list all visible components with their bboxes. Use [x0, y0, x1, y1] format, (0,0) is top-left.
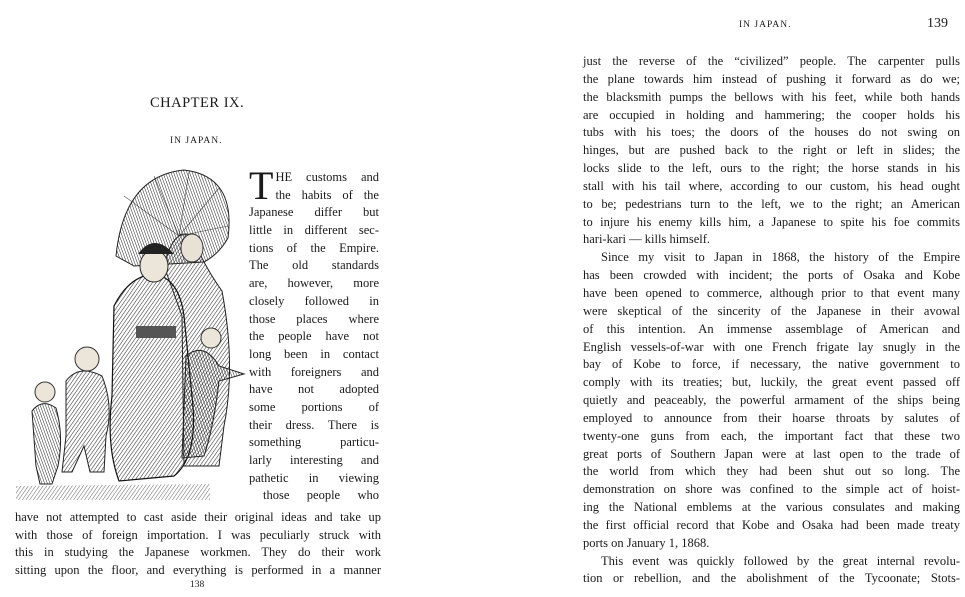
text-line: to be; pedestrians turn to the left, we … [583, 196, 960, 214]
page-number-left: 138 [190, 580, 204, 590]
text-line: employed to announce from their hoarse t… [583, 410, 960, 428]
text-line: has been crowded with incident; the port… [583, 267, 960, 285]
text-line: stall with his tail where, according to … [583, 178, 960, 196]
left-page: CHAPTER IX. IN JAPAN. [0, 0, 480, 597]
text-line: this in studying the Japanese workmen. T… [15, 544, 381, 562]
chapter-title: CHAPTER IX. [150, 95, 244, 112]
text-line: with those of foreign importation. I was… [15, 527, 381, 545]
wide-text-block: have not attempted to cast aside their o… [15, 509, 381, 580]
text-line: sitting upon the floor, and everything i… [15, 562, 381, 580]
text-line: the people have not [249, 328, 379, 346]
text-line: the blacksmith pumps the bellows with hi… [583, 89, 960, 107]
text-line: twenty-one guns from each, the important… [583, 428, 960, 446]
text-line: bay of Kobe to force, if necessary, the … [583, 356, 960, 374]
text-line: have not attempted to cast aside their o… [15, 509, 381, 527]
text-line: locks slide to the left, ours to the rig… [583, 160, 960, 178]
text-line: with foreigners and [249, 364, 379, 382]
page-number-right: 139 [927, 16, 948, 32]
text-line: their dress. There is [249, 417, 379, 435]
text-line: were skeptical of the sincerity of the J… [583, 303, 960, 321]
right-page: IN JAPAN. 139 just the reverse of the “c… [480, 0, 965, 597]
text-line: long been in contact [249, 346, 379, 364]
running-head: IN JAPAN. [739, 20, 791, 30]
text-line: great ports of Southern Japan were at la… [583, 446, 960, 464]
section-title: IN JAPAN. [170, 136, 222, 146]
text-line: Japanese differ but [249, 204, 379, 222]
text-line: tubs with his toes; the doors of the hou… [583, 124, 960, 142]
drop-cap: T [249, 171, 273, 201]
text-line: hinges, but are pushed back to the right… [583, 142, 960, 160]
text-line: some portions of [249, 399, 379, 417]
text-line: ing the National emblems at the various … [583, 499, 960, 517]
right-text-block: just the reverse of the “civilized” peop… [583, 53, 960, 588]
text-line: of this intention. An immense assemblage… [583, 321, 960, 339]
text-line: English vessels-of-war with one French f… [583, 339, 960, 357]
text-line: ports on January 1, 1868. [583, 535, 960, 553]
text-line: closely followed in [249, 293, 379, 311]
engraving-illustration-icon [14, 166, 248, 502]
text-line: are, however, more [249, 275, 379, 293]
text-line: demonstration on shore was confined to t… [583, 481, 960, 499]
text-line: The old standards [249, 257, 379, 275]
text-line: hari-kari — kills himself. [583, 231, 960, 249]
text-line: those people who [263, 487, 379, 505]
text-line: have been opened to commerce, although p… [583, 285, 960, 303]
text-line: just the reverse of the “civilized” peop… [583, 53, 960, 71]
text-line: little in different sec- [249, 222, 379, 240]
text-line: those places where [249, 311, 379, 329]
text-line: the plane towards him instead of pushing… [583, 71, 960, 89]
text-line: tion or rebellion, and the abolishment o… [583, 570, 960, 588]
text-line: the world from which they had been shut … [583, 463, 960, 481]
text-line: the first official record that Kobe and … [583, 517, 960, 535]
text-line: pathetic in viewing [249, 470, 379, 488]
text-line: are occupied in holding and hammering; t… [583, 107, 960, 125]
text-line: Since my visit to Japan in 1868, the his… [583, 249, 960, 267]
text-line: tions of the Empire. [249, 240, 379, 258]
text-line: have not adopted [249, 381, 379, 399]
text-line: something particu- [249, 434, 379, 452]
text-line: quietly and peaceably, the powerful arma… [583, 392, 960, 410]
text-line: This event was quickly followed by the g… [583, 553, 960, 571]
narrow-text-column: T HE customs and the habits of the Japan… [249, 169, 379, 505]
text-line: larly interesting and [249, 452, 379, 470]
text-line: comply with its treaties; but, luckily, … [583, 374, 960, 392]
text-line: to injure his enemy kills him, a Japanes… [583, 214, 960, 232]
